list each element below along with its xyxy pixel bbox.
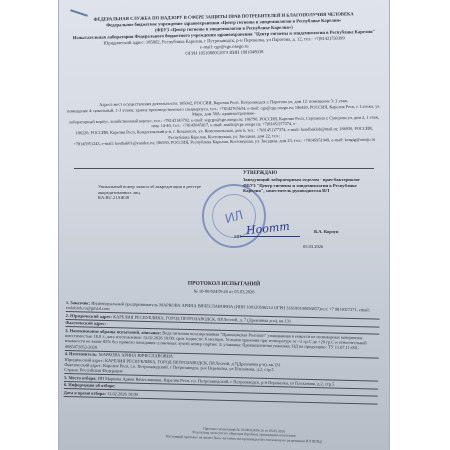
section-label: 5. Место отбора: <box>64 375 97 381</box>
section-label: Фактический адрес: <box>65 320 106 326</box>
section-label: 2. Юридический адрес: <box>66 313 113 319</box>
section-label: Дата и время отбора: <box>64 390 106 396</box>
divider <box>74 168 374 169</box>
page-footer: Протокол испытаний № 10-00/02439-26 от 0… <box>118 424 370 446</box>
customer-value: Индивидуальный предприниматель МАРКОВА А… <box>66 301 370 313</box>
accreditation-block: Уникальный номер записи об аккредитации … <box>98 184 208 201</box>
approval-date: 05.03.2026 <box>303 244 323 249</box>
accreditation-number: RA.RU.21АЖ38 <box>98 195 208 201</box>
approval-block: УТВЕРЖДАЮ Заведующий лабораторным отдело… <box>243 171 363 194</box>
signature-line <box>240 236 300 237</box>
approver-position: Заведующий лабораторным отделом - врач-б… <box>243 177 363 194</box>
letterhead: ФЕДЕРАЛЬНАЯ СЛУЖБА ПО НАДЗОРУ В СФЕРЕ ЗА… <box>66 11 383 60</box>
actual-address-value: - <box>107 321 109 326</box>
pen-mark <box>70 9 88 16</box>
signer-name: В.А. Корзун <box>314 229 339 234</box>
signature: Ноотт <box>245 220 290 237</box>
protocol-body: 1. Заказчик: Индивидуальный предпринимат… <box>64 300 380 405</box>
sampling-datetime-value: 13.02.2026 10:00 <box>107 391 138 397</box>
activity-addresses: Адреса мест осуществления деятельности: … <box>66 98 383 148</box>
protocol-number: № 10-00/02439-26 от 05.03.2026 <box>58 287 390 295</box>
document-page: ФЕДЕРАЛЬНАЯ СЛУЖБА ПО НАДЗОРУ В СФЕРЕ ЗА… <box>58 0 390 450</box>
accreditation-label: Уникальный номер записи об аккредитации … <box>98 184 208 195</box>
section-label: 6. Информация об отборе: <box>64 382 116 388</box>
